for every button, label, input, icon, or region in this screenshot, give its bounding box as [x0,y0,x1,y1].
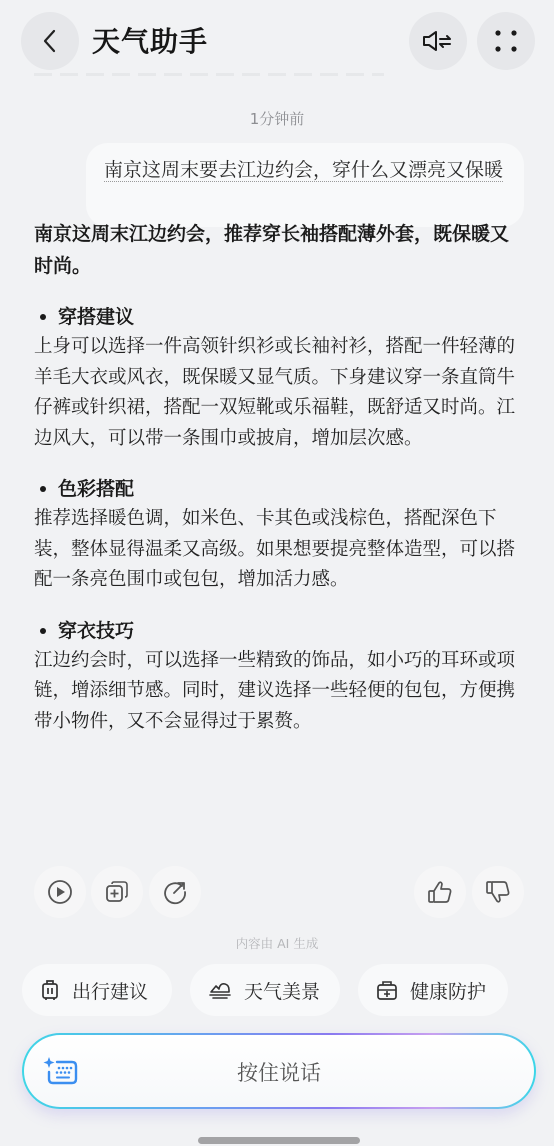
section-title: 穿搭建议 [58,302,134,332]
message-timestamp: 1分钟前 [0,108,554,129]
bullet-icon [40,314,46,320]
sound-switch-button[interactable] [409,12,467,70]
answer-section: 色彩搭配 推荐选择暖色调，如米色、卡其色或浅棕色，搭配深色下装，整体显得温柔又高… [34,474,524,596]
answer-section: 穿衣技巧 江边约会时，可以选择一些精致的饰品，如小巧的耳环或项链，增添细节感。同… [34,616,524,738]
bullet-icon [40,486,46,492]
chevron-left-icon [39,28,61,54]
copy-button[interactable] [91,866,143,918]
section-body: 江边约会时，可以选择一些精致的饰品，如小巧的耳环或项链，增添细节感。同时，建议选… [34,646,524,738]
home-indicator[interactable] [198,1137,360,1144]
four-dots-icon [494,29,518,53]
answer-lead: 南京这周末江边约会，推荐穿长袖搭配薄外套，既保暖又时尚。 [34,218,524,282]
play-icon [47,879,73,905]
ai-generated-note: 内容由 AI 生成 [0,934,554,952]
answer-actions [0,864,554,920]
user-message-text: 南京这周末要去江边约会，穿什么又漂亮又保暖 [104,156,508,185]
header: 天气助手 [0,0,554,80]
hold-to-talk-button[interactable]: 按住说话 [22,1033,536,1109]
chip-label: 天气美景 [244,977,320,1004]
play-button[interactable] [34,866,86,918]
bullet-icon [40,628,46,634]
thumbs-up-icon [426,879,454,905]
suggestion-chip-scenery[interactable]: 天气美景 [190,964,340,1016]
back-button[interactable] [21,12,79,70]
share-button[interactable] [149,866,201,918]
page-title: 天气助手 [92,20,208,60]
like-button[interactable] [414,866,466,918]
section-title: 色彩搭配 [58,474,134,504]
answer-section: 穿搭建议 上身可以选择一件高领针织衫或长袖衬衫，搭配一件轻薄的羊毛大衣或风衣，既… [34,302,524,454]
user-message-bubble[interactable]: 南京这周末要去江边约会，穿什么又漂亮又保暖 [86,143,524,227]
chip-label: 出行建议 [72,977,148,1004]
more-button[interactable] [477,12,535,70]
chip-label: 健康防护 [410,977,486,1004]
section-title: 穿衣技巧 [58,616,134,646]
cloud-landscape-icon [208,980,232,1000]
suggestion-chips: 出行建议 天气美景 健康防护 [0,964,554,1016]
dislike-button[interactable] [472,866,524,918]
section-body: 推荐选择暖色调，如米色、卡其色或浅棕色，搭配深色下装，整体显得温柔又高级。如果想… [34,504,524,596]
medical-kit-icon [376,979,398,1001]
suggestion-chip-health[interactable]: 健康防护 [358,964,508,1016]
copy-icon [104,879,130,905]
suggestion-chip-travel[interactable]: 出行建议 [22,964,172,1016]
thumbs-down-icon [484,879,512,905]
share-icon [162,879,188,905]
section-body: 上身可以选择一件高领针织衫或长袖衬衫，搭配一件轻薄的羊毛大衣或风衣，既保暖又显气… [34,332,524,454]
speaker-switch-icon [421,29,455,53]
scrolled-content-fade [34,73,384,76]
luggage-icon [40,979,60,1001]
assistant-answer: 南京这周末江边约会，推荐穿长袖搭配薄外套，既保暖又时尚。 穿搭建议 上身可以选择… [34,218,524,737]
hold-to-talk-label: 按住说话 [24,1057,534,1087]
